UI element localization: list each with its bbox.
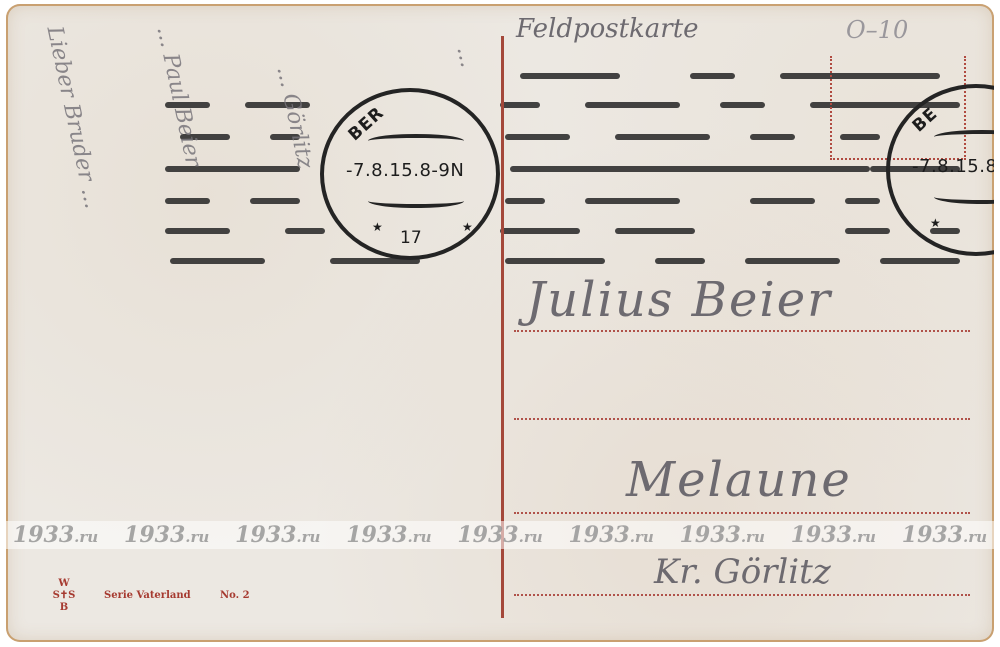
address-line [514, 330, 970, 332]
recipient-town: Melaune [626, 452, 852, 508]
watermark-text: 1933.ru [124, 522, 209, 548]
address-line [514, 512, 970, 514]
series-name: Serie Vaterland [104, 590, 191, 601]
series-number: No. 2 [220, 590, 250, 601]
postmark-office-number: 17 [400, 228, 422, 248]
publisher-logo: W S✝S B [52, 578, 76, 614]
postmark-date: -7.8.15.8 [912, 156, 994, 177]
recipient-district: Kr. Görlitz [654, 552, 831, 592]
address-line [514, 418, 970, 420]
watermark-text: 1933.ru [457, 522, 542, 548]
postmark-city: BE [909, 104, 942, 137]
watermark-text: 1933.ru [568, 522, 653, 548]
postmark-date: -7.8.15.8-9N [346, 160, 464, 181]
postmark-berlin: BER -7.8.15.8-9N ★ ★ 17 [320, 88, 500, 260]
watermark-text: 1933.ru [902, 522, 987, 548]
watermark-text: 1933.ru [680, 522, 765, 548]
pencil-mark: O–10 [846, 16, 908, 44]
watermark-text: 1933.ru [235, 522, 320, 548]
address-line [514, 594, 970, 596]
header-note: Feldpostkarte [516, 14, 699, 44]
watermark-strip: 1933.ru1933.ru1933.ru1933.ru1933.ru1933.… [0, 521, 1000, 549]
watermark-text: 1933.ru [346, 522, 431, 548]
watermark-text: 1933.ru [791, 522, 876, 548]
recipient-name: Julius Beier [526, 272, 832, 328]
watermark-text: 1933.ru [13, 522, 98, 548]
